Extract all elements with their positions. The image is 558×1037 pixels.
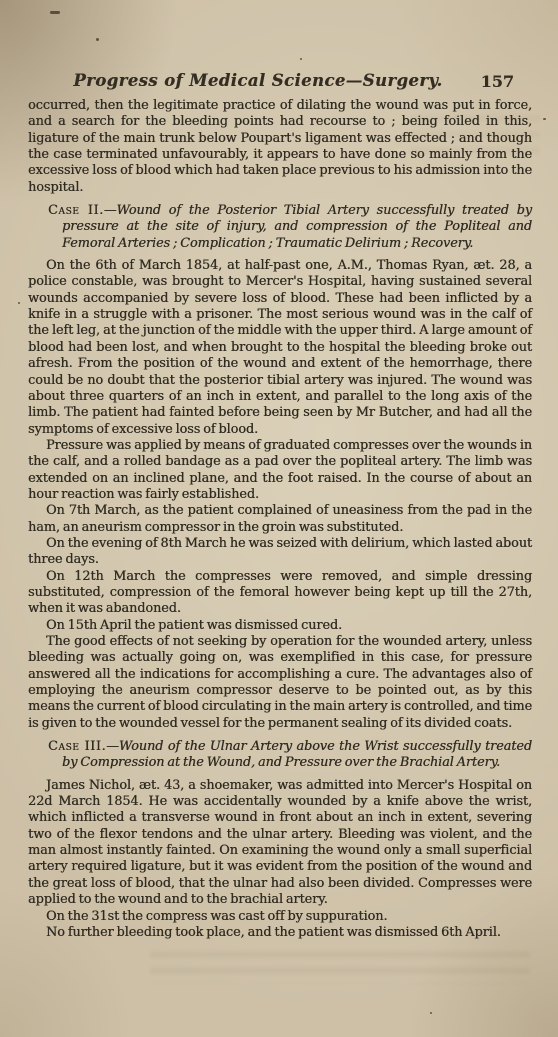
case3-label: Case III. bbox=[48, 739, 106, 754]
paper-speck bbox=[96, 38, 99, 41]
case2-title: —Wound of the Posterior Tibial Artery su… bbox=[62, 203, 532, 251]
paragraph: On 15th April the patient was dismissed … bbox=[28, 618, 532, 634]
paper-speck bbox=[18, 302, 20, 304]
page-body: occurred, then the legitimate practice o… bbox=[28, 98, 532, 941]
paper-speck bbox=[543, 118, 546, 120]
scanned-book-page: Progress of Medical Science—Surgery. 157… bbox=[0, 0, 558, 1037]
page-number: 157 bbox=[481, 72, 514, 91]
paragraph: Pressure was applied by means of graduat… bbox=[28, 438, 532, 503]
bleedthrough-smudge bbox=[150, 946, 530, 984]
case2-label: Case II. bbox=[48, 203, 104, 218]
paragraph-continuation: occurred, then the legitimate practice o… bbox=[28, 98, 532, 196]
case3-title: —Wound of the Ulnar Artery above the Wri… bbox=[62, 739, 532, 770]
paragraph: On the 31st the compress was cast off by… bbox=[28, 909, 532, 925]
case3-heading: Case III.—Wound of the Ulnar Artery abov… bbox=[62, 739, 532, 772]
running-header: Progress of Medical Science—Surgery. bbox=[28, 71, 488, 90]
paper-speck bbox=[50, 11, 60, 14]
paragraph: On the evening of 8th March he was seize… bbox=[28, 536, 532, 569]
paragraph: On the 6th of March 1854, at half-past o… bbox=[28, 258, 532, 438]
paper-speck bbox=[430, 1012, 432, 1014]
case2-heading: Case II.—Wound of the Posterior Tibial A… bbox=[62, 203, 532, 252]
paragraph: James Nichol, æt. 43, a shoemaker, was a… bbox=[28, 778, 532, 909]
paragraph: On 12th March the compresses were remove… bbox=[28, 569, 532, 618]
paragraph: On 7th March, as the patient complained … bbox=[28, 503, 532, 536]
paragraph: No further bleeding took place, and the … bbox=[28, 925, 532, 941]
paper-speck bbox=[300, 58, 302, 60]
paragraph: The good effects of not seeking by opera… bbox=[28, 634, 532, 732]
